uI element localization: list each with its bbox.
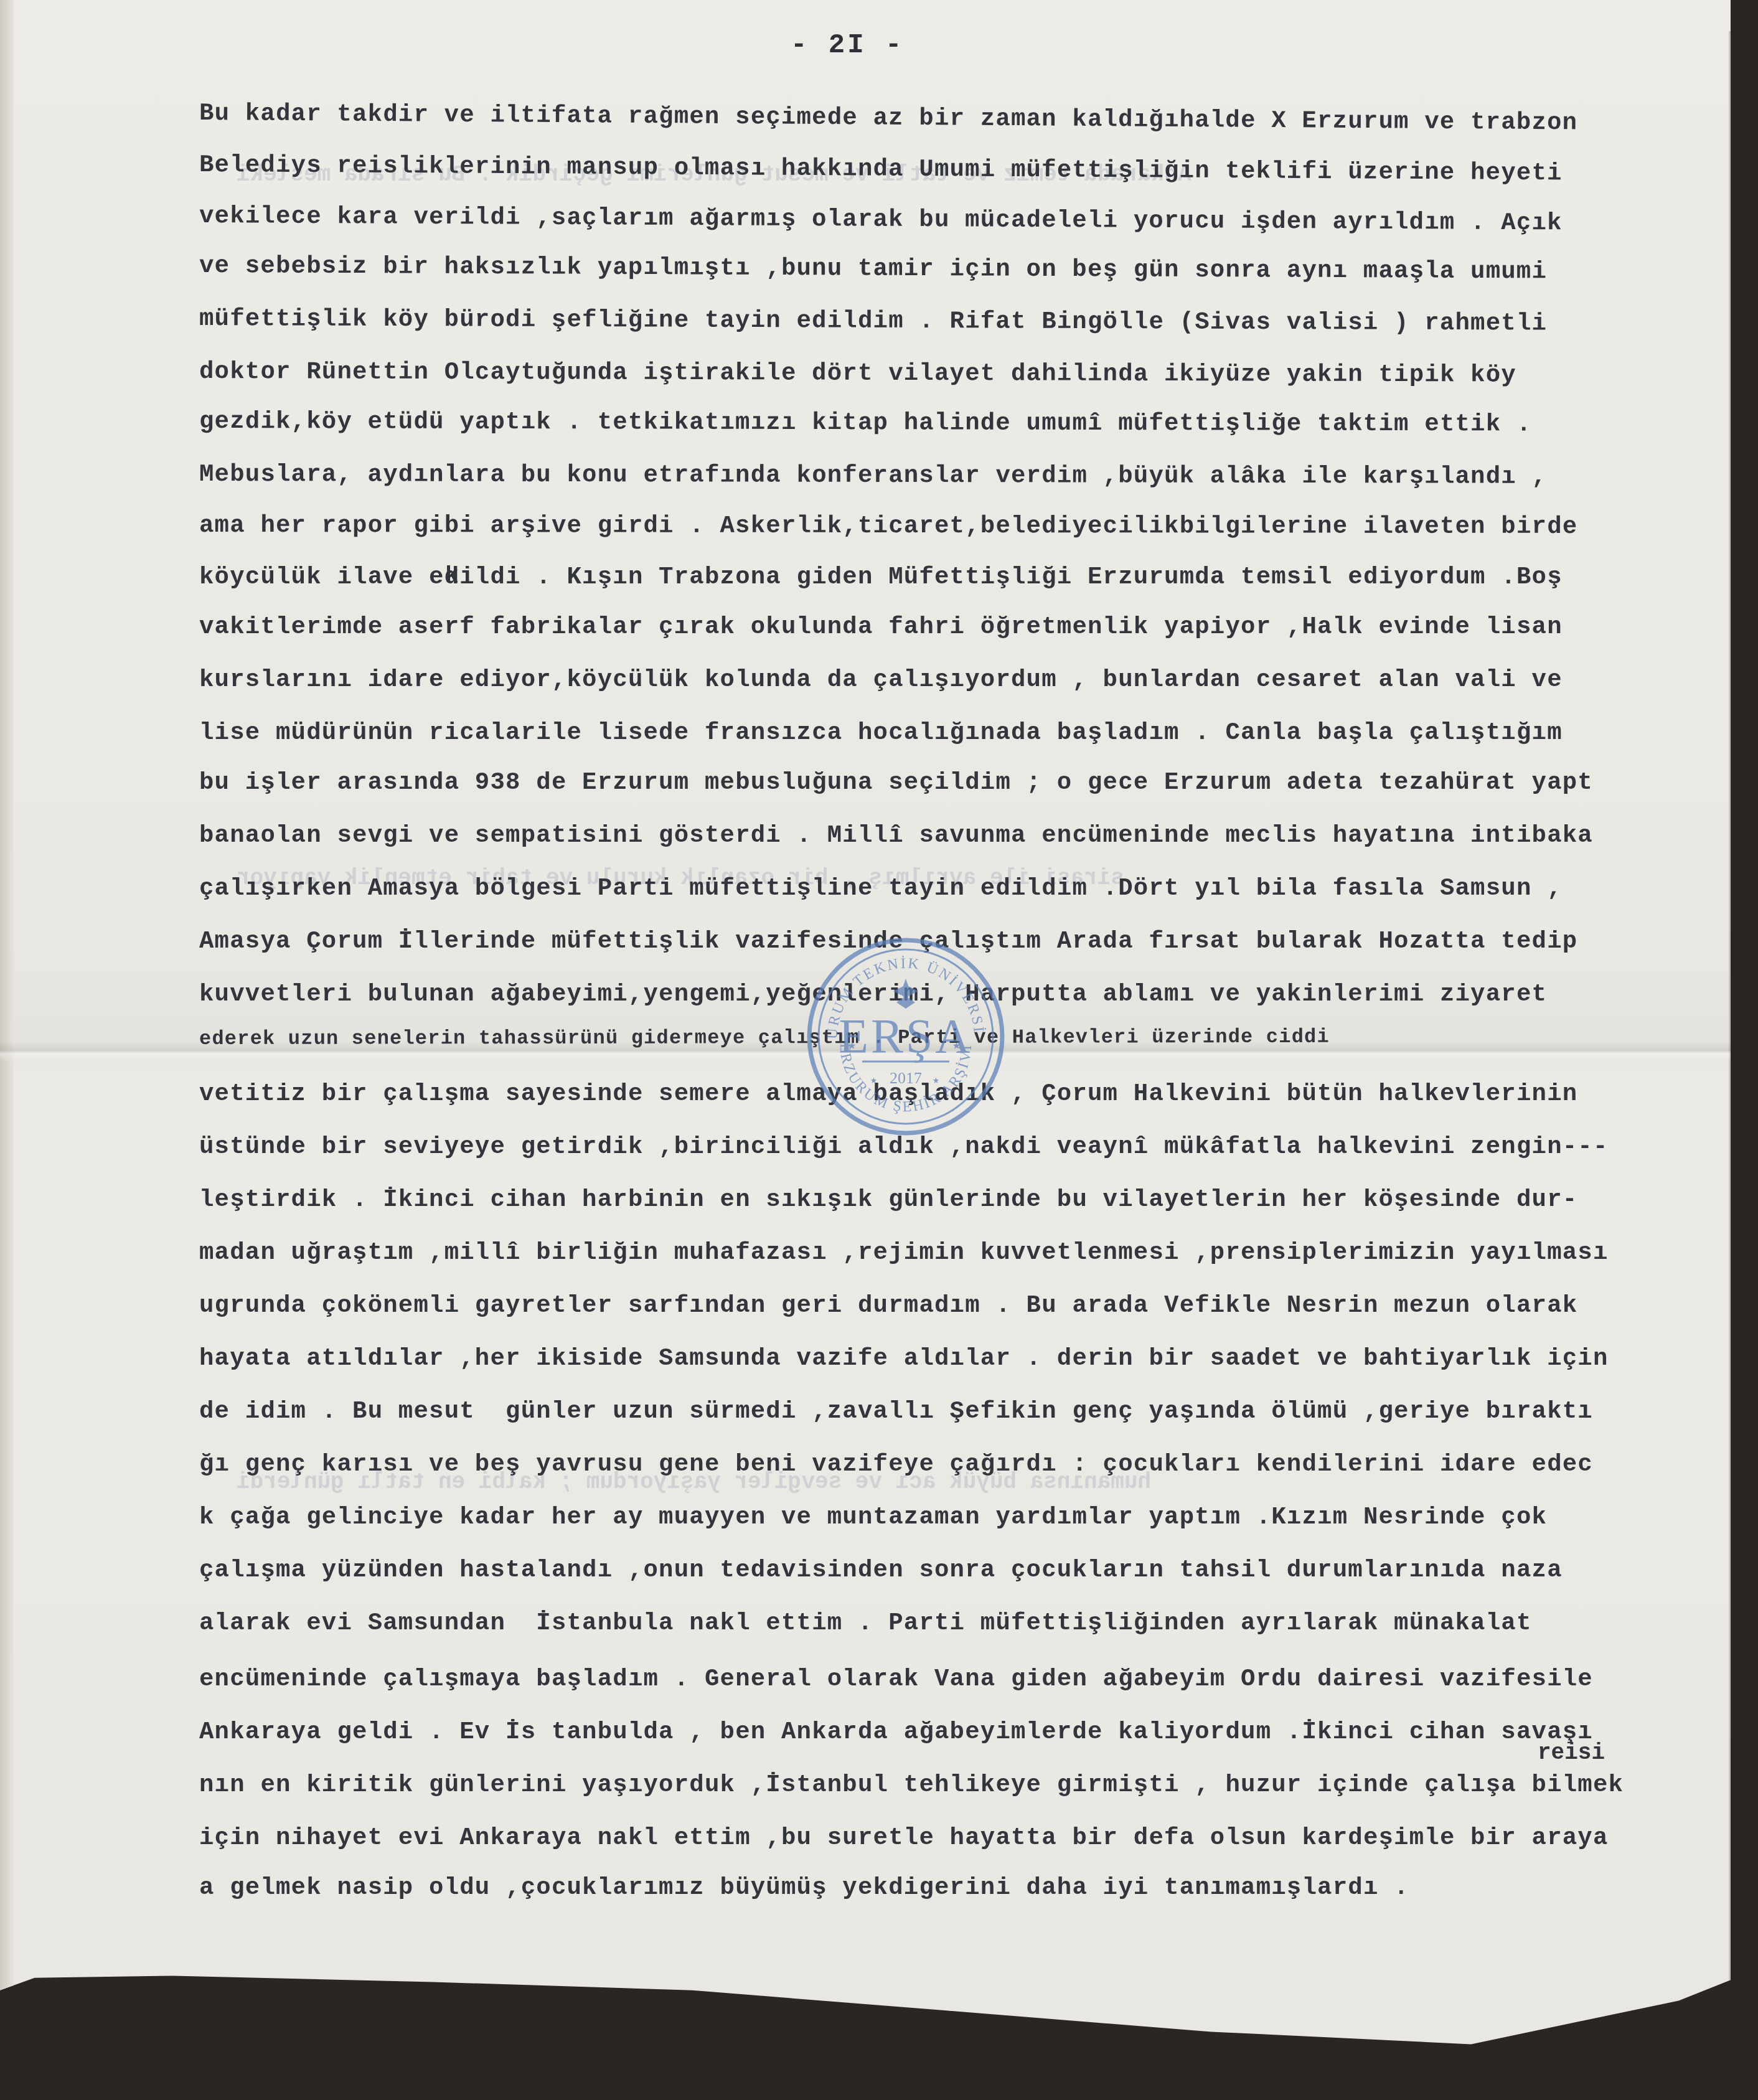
text-line: Bu kadar takdir ve iltifata rağmen seçim… xyxy=(199,100,1578,136)
interlinear-correction: k xyxy=(445,563,459,589)
text-line: vekilece kara verildi ,saçlarım ağarmış … xyxy=(199,202,1563,237)
text-line: a gelmek nasip oldu ,çocuklarımız büyümü… xyxy=(199,1874,1409,1901)
text-line: lise müdürünün ricalarile lisede fransız… xyxy=(199,719,1563,746)
text-line: encümeninde çalışmaya başladım . General… xyxy=(199,1665,1593,1693)
archive-stamp-icon: ERZURUM TEKNİK ÜNİVERSİTESİ ERZURUM ŞEHİ… xyxy=(803,934,1008,1139)
text-line: doktor Rünettin Olcaytuğunda iştirakile … xyxy=(199,358,1516,389)
document-page: Ankarada temiz ve tatli ve mesut günleri… xyxy=(0,0,1731,2073)
svg-text:2017: 2017 xyxy=(890,1069,922,1087)
text-line: için nihayet evi Ankaraya nakl ettim ,bu… xyxy=(199,1824,1609,1852)
text-line: ederek uzun senelerin tahassürünü giderm… xyxy=(199,1025,1330,1050)
text-line: ğı genç karısı ve beş yavrusu gene beni … xyxy=(199,1451,1593,1478)
svg-text:★: ★ xyxy=(870,1075,877,1087)
page-number: - 2I - xyxy=(791,30,904,61)
page-margin-rule xyxy=(1729,31,1731,2023)
text-line: ve sebebsiz bir haksızlık yapılmıştı ,bu… xyxy=(199,252,1547,285)
text-line: çalışma yüzünden hastalandı ,onun tedavi… xyxy=(199,1556,1563,1584)
text-line: ama her rapor gibi arşive girdi . Askerl… xyxy=(199,512,1577,540)
text-line: hayata atıldılar ,her ikiside Samsunda v… xyxy=(199,1345,1609,1372)
text-line: köycülük ilave edildi . Kışın Trabzona g… xyxy=(199,563,1563,591)
text-line: bu işler arasında 938 de Erzurum mebuslu… xyxy=(199,769,1593,796)
svg-text:ERŞA: ERŞA xyxy=(839,1009,972,1063)
svg-text:★: ★ xyxy=(952,1038,961,1053)
svg-text:★: ★ xyxy=(848,1038,856,1053)
svg-text:★: ★ xyxy=(933,1075,939,1087)
text-line: k çağa gelinciye kadar her ay muayyen ve… xyxy=(199,1504,1547,1531)
text-line: Ankaraya geldi . Ev İs tanbulda , ben An… xyxy=(199,1718,1593,1746)
text-line: alarak evi Samsundan İstanbula nakl etti… xyxy=(199,1609,1532,1637)
text-line: nın en kiritik günlerini yaşıyorduk ,İst… xyxy=(199,1771,1624,1799)
text-line: madan uğraştım ,millî birliğin muhafazas… xyxy=(199,1239,1609,1266)
text-line: gezdik,köy etüdü yaptık . tetkikatımızı … xyxy=(199,408,1532,438)
text-line: Mebuslara, aydınlara bu konu etrafında k… xyxy=(199,461,1547,491)
interlinear-addition: reisi xyxy=(1538,1740,1605,1766)
text-line: vakitlerimde aserf fabrikalar çırak okul… xyxy=(199,613,1563,641)
text-line: de idim . Bu mesut günler uzun sürmedi ,… xyxy=(199,1398,1593,1425)
text-line: müfettişlik köy bürodi şefliğine tayin e… xyxy=(199,305,1547,337)
text-line: çalışırken Amasya bölgesi Parti müfettiş… xyxy=(199,875,1563,902)
text-line: banaolan sevgi ve sempatisini gösterdi .… xyxy=(199,822,1593,849)
text-line: leştirdik . İkinci cihan harbinin en sık… xyxy=(199,1186,1577,1213)
text-line: ugrunda çokönemli gayretler sarfından ge… xyxy=(199,1292,1577,1319)
text-line: kurslarını idare ediyor,köycülük kolunda… xyxy=(199,666,1563,694)
